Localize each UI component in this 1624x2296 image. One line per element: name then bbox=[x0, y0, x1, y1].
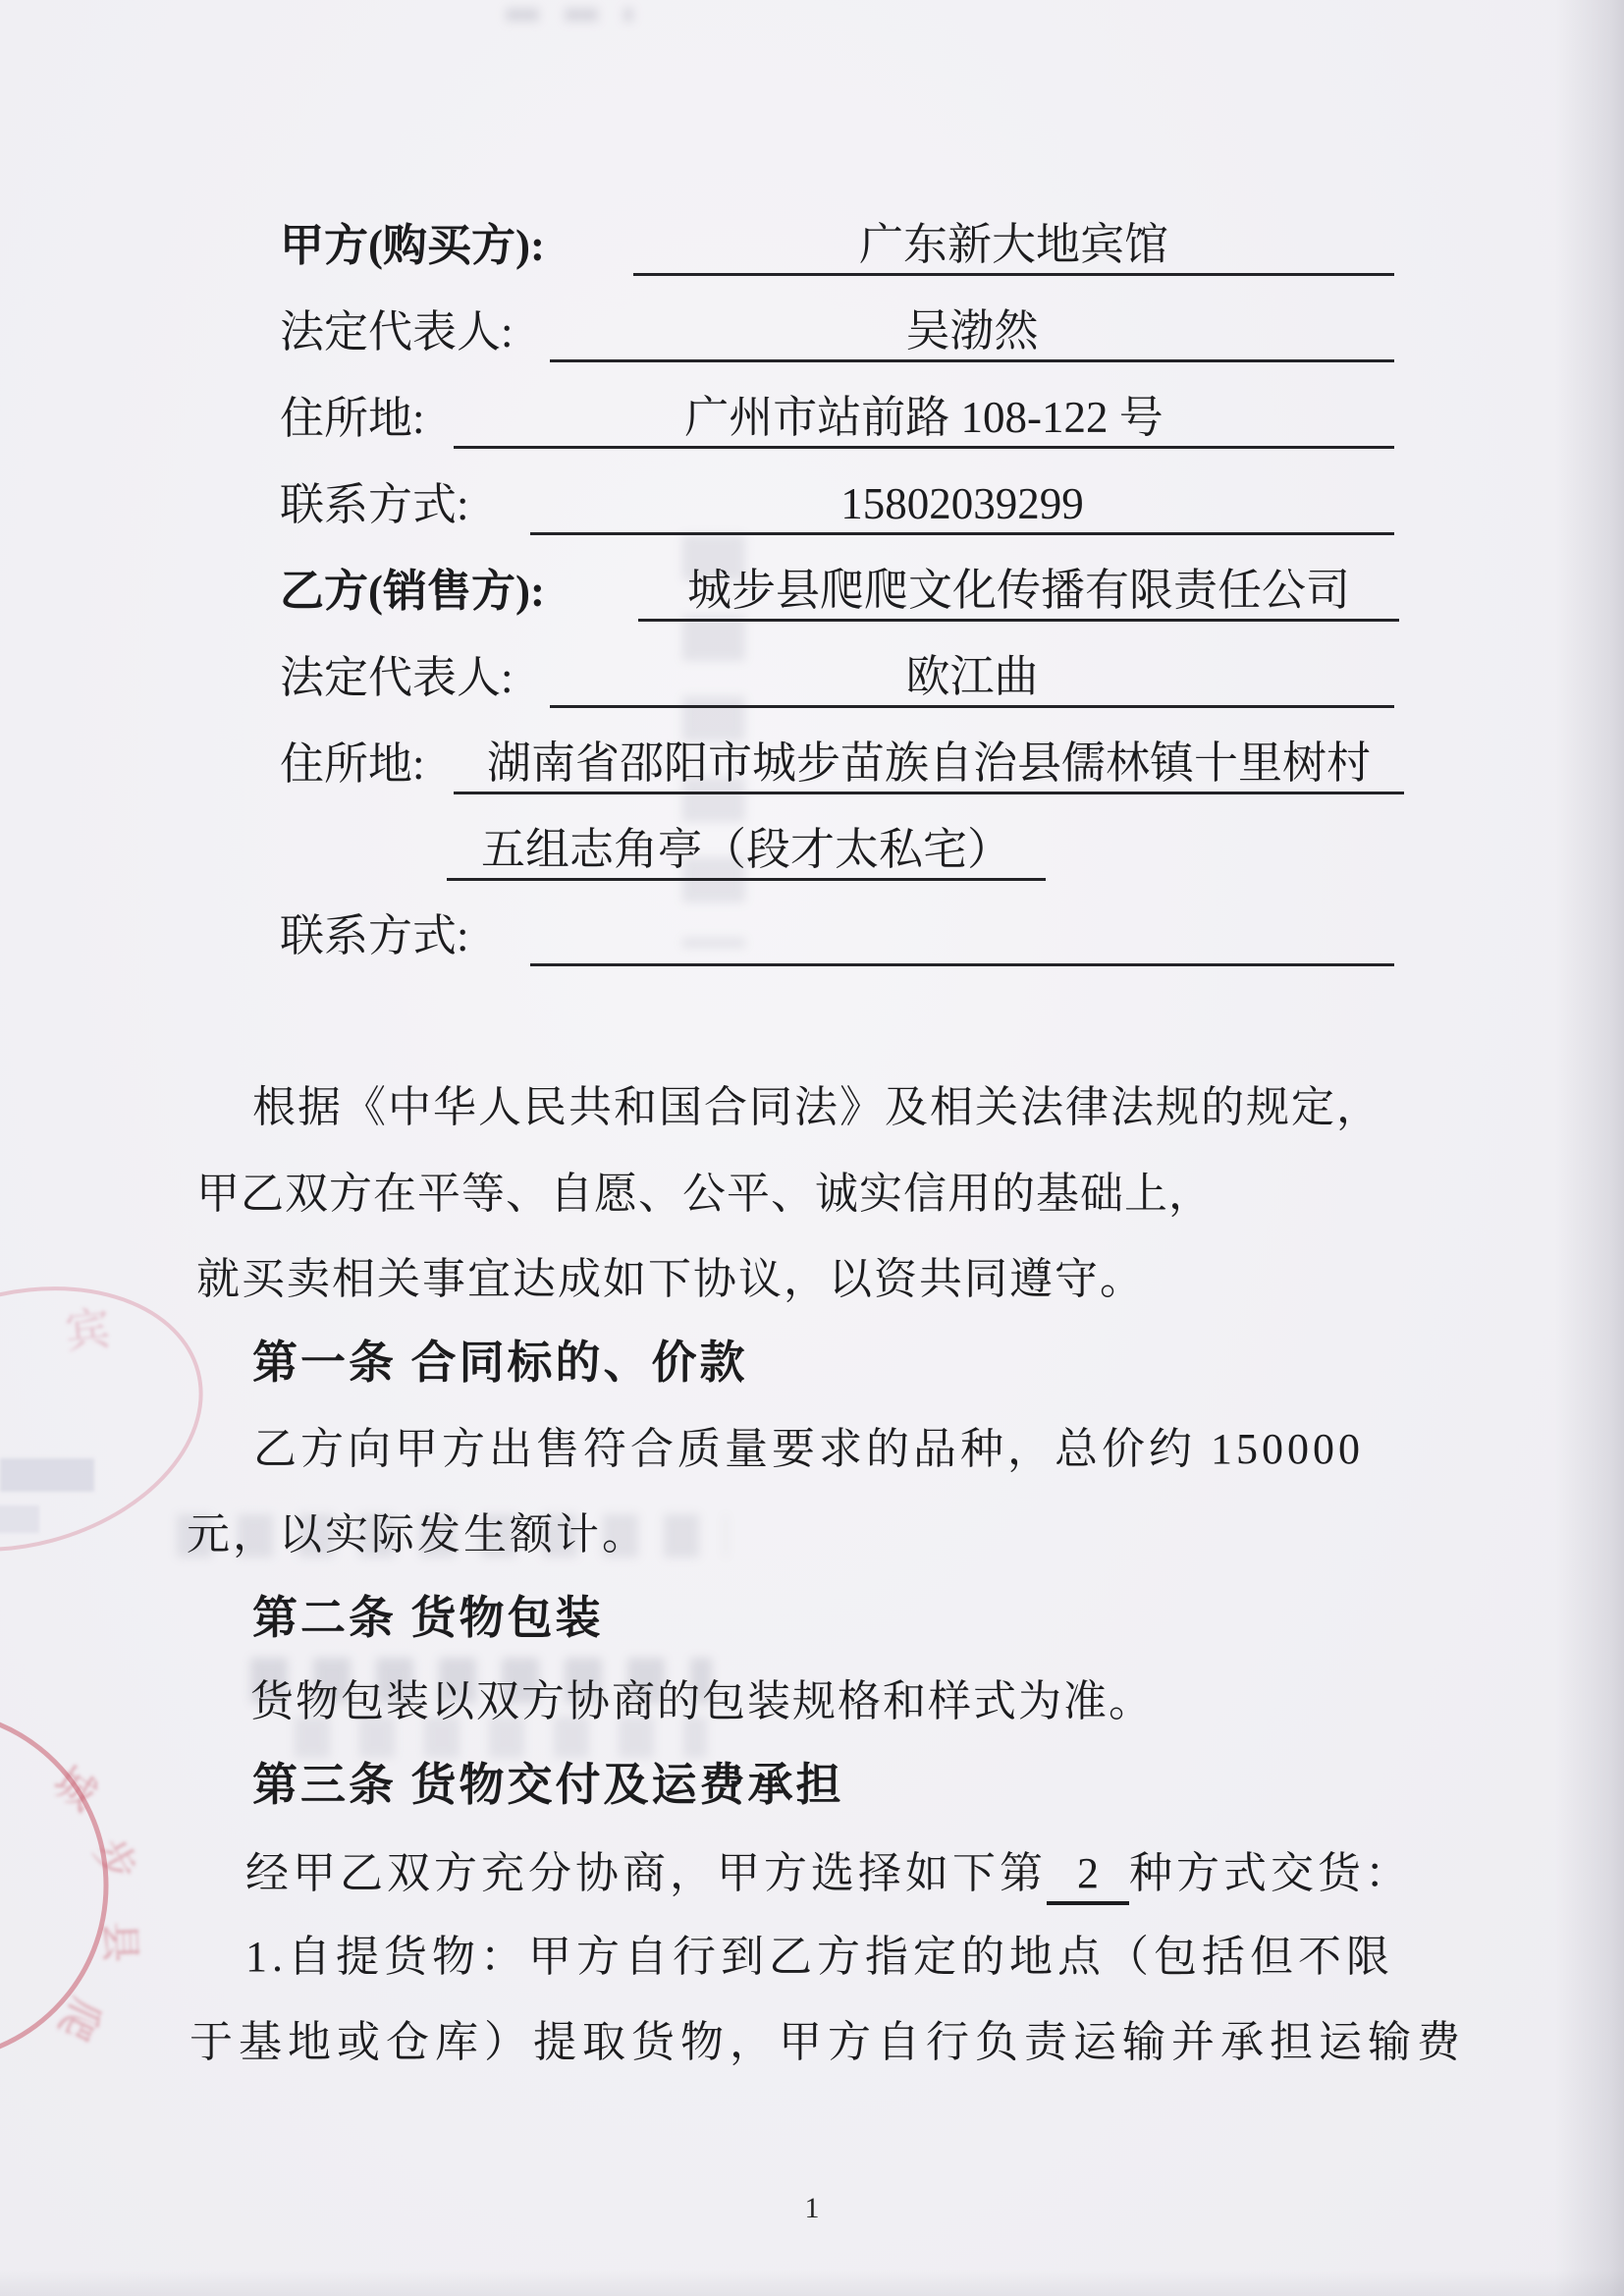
article-3-line-2: 1.自提货物：甲方自行到乙方指定的地点（包括但不限 bbox=[245, 1930, 1394, 1985]
seller-contact-label: 联系方式: bbox=[280, 908, 469, 963]
seller-rep-field: 欧江曲 bbox=[550, 650, 1394, 708]
scan-shadow-right bbox=[1555, 0, 1624, 2296]
delivery-method-choice-value: 2 bbox=[1047, 1846, 1129, 1905]
seller-name-field: 城步县爬爬文化传播有限责任公司 bbox=[638, 564, 1399, 622]
svg-text:县: 县 bbox=[95, 1921, 141, 1964]
preamble-line-2: 甲乙双方在平等、自愿、公平、诚实信用的基础上， bbox=[196, 1167, 1213, 1222]
seller-address-label: 住所地: bbox=[280, 737, 425, 792]
official-seal-stamp-top-icon: 大 宾 bbox=[0, 1262, 216, 1586]
scanned-contract-page: 大 宾 城 步 县 爬 甲方(购买方): 广东新大地宾馆 法定代表人: 吴渤然 … bbox=[0, 0, 1624, 2296]
svg-text:步: 步 bbox=[84, 1831, 144, 1889]
article-2-line-1: 货物包装以双方协商的包装规格和样式为准。 bbox=[250, 1674, 1154, 1729]
delivery-method-text-after: 种方式交货： bbox=[1129, 1849, 1412, 1897]
preamble-line-1: 根据《中华人民共和国合同法》及相关法律法规的规定， bbox=[252, 1080, 1381, 1135]
buyer-rep-field: 吴渤然 bbox=[550, 304, 1394, 362]
article-1-line-2: 元，以实际发生额计。 bbox=[187, 1507, 648, 1562]
preamble-line-3: 就买卖相关事宜达成如下协议，以资共同遵守。 bbox=[196, 1252, 1145, 1307]
seller-party-label: 乙方(销售方): bbox=[280, 564, 545, 619]
article-3-heading: 第三条 货物交付及运费承担 bbox=[252, 1758, 844, 1813]
article-3-line-1: 经甲乙双方充分协商，甲方选择如下第2种方式交货： bbox=[245, 1846, 1412, 1905]
buyer-contact-label: 联系方式: bbox=[280, 477, 469, 532]
article-3-line-3: 于基地或仓库）提取货物，甲方自行负责运输并承担运输费 bbox=[189, 2015, 1466, 2070]
buyer-contact-field: 15802039299 bbox=[530, 477, 1394, 535]
delivery-method-text-before: 经甲乙双方充分协商，甲方选择如下第 bbox=[245, 1849, 1047, 1897]
seller-address-field-line2: 五组志角亭（段才太私宅） bbox=[447, 823, 1046, 881]
page-number: 1 bbox=[0, 2192, 1624, 2225]
buyer-address-field: 广州市站前路 108-122 号 bbox=[454, 391, 1394, 449]
bleedthrough-smudge bbox=[506, 8, 633, 22]
svg-text:宾: 宾 bbox=[63, 1303, 113, 1358]
svg-text:城: 城 bbox=[44, 1760, 104, 1821]
article-1-line-1: 乙方向甲方出售符合质量要求的品种，总价约 150000 bbox=[253, 1422, 1364, 1477]
buyer-party-label: 甲方(购买方): bbox=[280, 218, 545, 273]
svg-text:爬: 爬 bbox=[49, 1991, 107, 2048]
seller-address-field-line1: 湖南省邵阳市城步苗族自治县儒林镇十里树村 bbox=[454, 737, 1404, 794]
official-seal-stamp-bottom-icon: 城 步 县 爬 bbox=[0, 1704, 162, 2106]
article-2-heading: 第二条 货物包装 bbox=[252, 1591, 604, 1646]
seller-rep-label: 法定代表人: bbox=[280, 650, 514, 705]
article-1-heading: 第一条 合同标的、价款 bbox=[252, 1336, 748, 1391]
seller-contact-field-empty bbox=[530, 908, 1394, 966]
scan-shadow-bottom bbox=[0, 2270, 1624, 2296]
buyer-name-field: 广东新大地宾馆 bbox=[633, 218, 1394, 276]
buyer-address-label: 住所地: bbox=[280, 391, 425, 446]
buyer-rep-label: 法定代表人: bbox=[280, 304, 514, 359]
